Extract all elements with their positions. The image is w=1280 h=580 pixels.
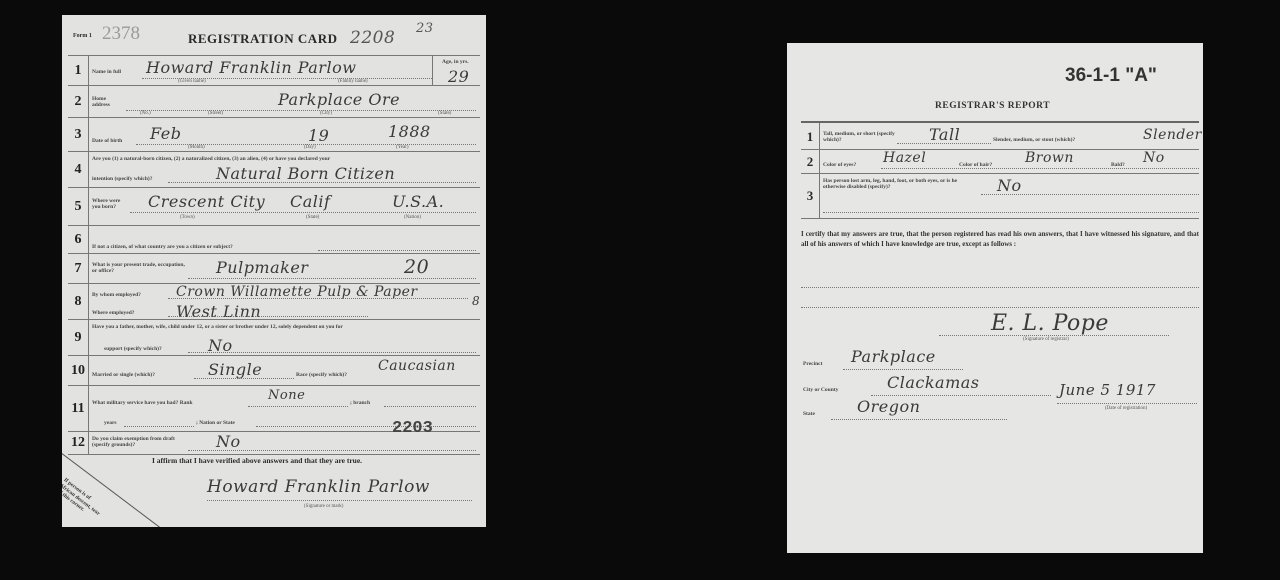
field-number: 9 xyxy=(68,320,89,356)
caption: (Street) xyxy=(208,111,223,116)
build-value: Slender xyxy=(1143,127,1202,143)
height-value: Tall xyxy=(929,125,960,144)
field-label: Tall, medium, or short (specify which)? xyxy=(823,131,898,143)
field-number: 8 xyxy=(68,284,89,320)
caption: (No.) xyxy=(140,111,151,116)
field-label: Color of eyes? xyxy=(823,162,856,168)
birth-year: 1888 xyxy=(388,122,431,141)
field-number: 6 xyxy=(68,226,89,254)
field-eyes-hair: 2 Color of eyes? Hazel Color of hair? Br… xyxy=(801,149,1199,174)
field-label: By whom employed? xyxy=(92,292,141,298)
state-label: State xyxy=(803,411,815,417)
field-label: ; branch xyxy=(350,400,370,406)
field-height-build: 1 Tall, medium, or short (specify which)… xyxy=(801,121,1199,151)
report-code: 36-1-1 "A" xyxy=(1065,65,1157,87)
card-header: Form 1 2378 REGISTRATION CARD 2208 23 xyxy=(62,15,486,55)
occupation-mark: 20 xyxy=(404,256,429,278)
field-label: Slender, medium, or stout (which)? xyxy=(993,137,1075,143)
military-value: None xyxy=(268,388,305,403)
field-label: intention (specify which)? xyxy=(92,176,153,182)
precinct-label: Precinct xyxy=(803,361,822,367)
age-value: 29 xyxy=(448,67,469,86)
field-employer: 8 By whom employed? Crown Willamette Pul… xyxy=(68,283,480,320)
field-label: Date of birth xyxy=(92,138,122,144)
caption: (State) xyxy=(306,215,319,220)
caption: (Town) xyxy=(180,215,195,220)
field-label: ; Nation or State xyxy=(196,420,235,426)
registrar-caption: (Signature of registrar) xyxy=(1023,337,1069,342)
field-marital-race: 10 Married or single (which)? Single Rac… xyxy=(68,355,480,386)
field-home-address: 2 Home address Parkplace Ore (No.) (Stre… xyxy=(68,85,480,118)
field-label: Married or single (which)? xyxy=(92,372,155,378)
address-value: Parkplace Ore xyxy=(278,90,400,109)
field-number: 2 xyxy=(801,150,820,174)
field-label: support (specify which)? xyxy=(104,346,162,352)
birth-state: Calif xyxy=(290,192,330,211)
birth-day: 19 xyxy=(308,126,329,145)
caption: (State) xyxy=(438,111,451,116)
state-value: Oregon xyxy=(857,397,920,416)
field-label: years xyxy=(104,420,117,426)
certification-text: I certify that my answers are true, that… xyxy=(801,229,1199,249)
tear-corner: If person is of African descent, tear of… xyxy=(62,447,174,527)
field-label: Race (specify which)? xyxy=(296,372,347,378)
field-label: Has person lost arm, leg, hand, foot, or… xyxy=(823,178,978,190)
card-title: REGISTRATION CARD xyxy=(188,31,337,47)
field-birthplace: 5 Where were you born? Crescent City Cal… xyxy=(68,187,480,226)
precinct-value: Parkplace xyxy=(851,347,936,366)
caption: (Family name) xyxy=(338,79,368,84)
age-label: Age, in yrs. xyxy=(442,59,469,65)
registrar-signature: E. L. Pope xyxy=(991,311,1109,336)
field-label: Name in full xyxy=(92,69,121,75)
eye-color-value: Hazel xyxy=(883,150,926,166)
date-caption: (Date of registration) xyxy=(1105,406,1147,411)
field-number: 2 xyxy=(68,86,89,118)
name-value: Howard Franklin Parlow xyxy=(146,58,356,77)
field-number: 4 xyxy=(68,152,89,188)
field-number: 3 xyxy=(801,174,820,218)
field-disabled: 3 Has person lost arm, leg, hand, foot, … xyxy=(801,173,1199,219)
field-label: Home address xyxy=(92,96,122,108)
county-value: Clackamas xyxy=(887,373,980,392)
caption: (Year) xyxy=(396,145,409,150)
field-label: What military service have you had? Rank xyxy=(92,400,193,406)
field-number: 10 xyxy=(68,356,89,386)
field-number: 1 xyxy=(801,123,820,151)
field-label: Where employed? xyxy=(92,310,135,316)
caption: (Month) xyxy=(188,145,205,150)
corner-note: If person is of African descent, tear of… xyxy=(62,477,106,523)
bald-value: No xyxy=(1143,150,1165,166)
birth-nation: U.S.A. xyxy=(392,192,444,211)
employer-mark: 8 xyxy=(472,294,480,308)
serial-suffix: 23 xyxy=(416,21,434,36)
registrant-signature: Howard Franklin Parlow xyxy=(207,477,430,497)
citizenship-value: Natural Born Citizen xyxy=(216,164,395,183)
hair-color-value: Brown xyxy=(1025,150,1074,166)
field-number: 3 xyxy=(68,118,89,152)
birth-month: Feb xyxy=(150,124,181,143)
race-value: Caucasian xyxy=(378,358,456,374)
field-label: Where were you born? xyxy=(92,198,126,210)
field-number: 7 xyxy=(68,254,89,284)
field-number: 11 xyxy=(68,386,89,432)
field-label: Have you a father, mother, wife, child u… xyxy=(92,324,343,330)
field-number: 5 xyxy=(68,188,89,226)
caption: (City) xyxy=(320,111,332,116)
county-label: City or County xyxy=(803,387,838,393)
stamp-number: 2378 xyxy=(102,23,140,45)
field-occupation: 7 What is your present trade, occupation… xyxy=(68,253,480,284)
caption: (Nation) xyxy=(404,215,421,220)
field-dependents: 9 Have you a father, mother, wife, child… xyxy=(68,319,480,356)
registration-card: Form 1 2378 REGISTRATION CARD 2208 23 1 … xyxy=(62,15,486,527)
field-label: If not a citizen, of what country are yo… xyxy=(92,244,233,250)
caption: (Day) xyxy=(304,145,316,150)
caption: (Given name) xyxy=(178,79,206,84)
affirmation-text: I affirm that I have verified above answ… xyxy=(152,456,362,465)
field-date-of-birth: 3 Date of birth Feb 19 1888 (Month) (Day… xyxy=(68,117,480,152)
field-citizenship: 4 Are you (1) a natural-born citizen, (2… xyxy=(68,151,480,188)
field-name: 1 Name in full Howard Franklin Parlow (G… xyxy=(68,55,480,86)
signature-caption: (Signature or mark) xyxy=(304,504,343,509)
report-title: REGISTRAR'S REPORT xyxy=(935,101,1050,111)
field-label: What is your present trade, occupation, … xyxy=(92,262,187,274)
field-label: Are you (1) a natural-born citizen, (2) … xyxy=(92,156,330,162)
field-citizen-of: 6 If not a citizen, of what country are … xyxy=(68,225,480,254)
field-number: 1 xyxy=(68,56,89,86)
serial-number: 2208 xyxy=(350,28,395,48)
form-label: Form 1 xyxy=(73,33,92,39)
disabled-value: No xyxy=(997,176,1022,195)
stamp-number-2: 2203 xyxy=(392,419,433,438)
marital-value: Single xyxy=(208,360,262,379)
registrars-report: 36-1-1 "A" REGISTRAR'S REPORT 1 Tall, me… xyxy=(787,43,1203,553)
occupation-value: Pulpmaker xyxy=(216,258,308,277)
registration-date: June 5 1917 xyxy=(1059,381,1156,399)
exemption-value: No xyxy=(216,432,241,451)
birth-town: Crescent City xyxy=(148,192,265,211)
